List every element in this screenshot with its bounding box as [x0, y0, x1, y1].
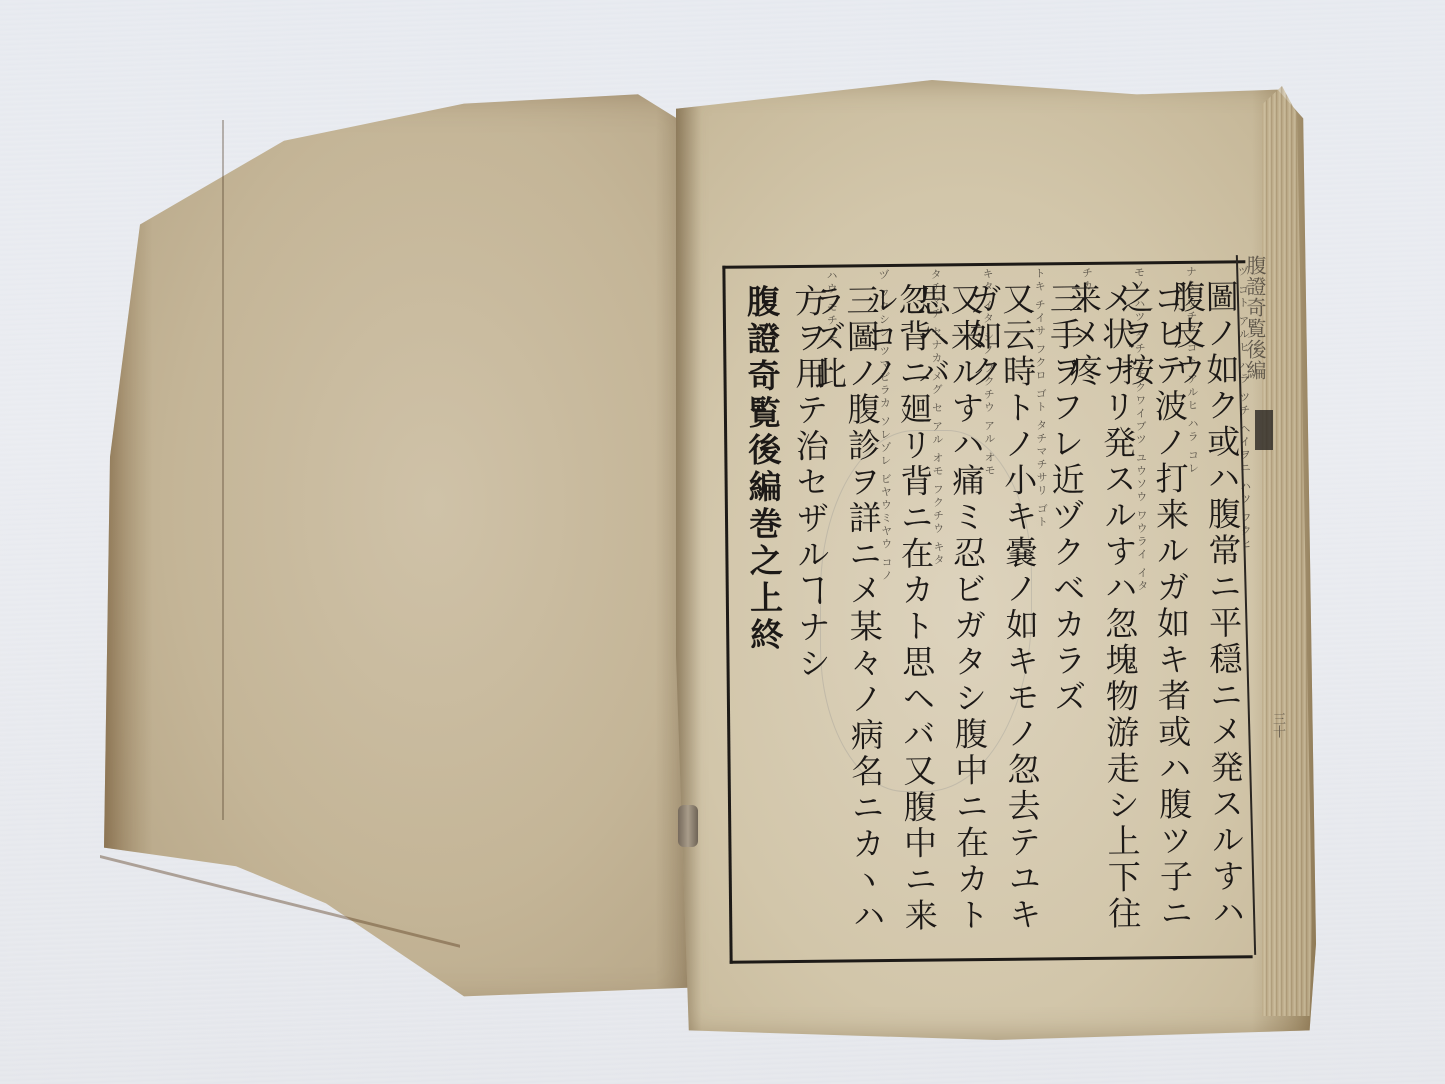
- left-page-fold-line: [222, 120, 224, 820]
- vertical-text-block: 圖ノ如ク或ハ腹常ニ平穏ニメ発スルすハ腹皮ウ ヅ ゴト アルヒ ハラ ツチ ヘイヲ…: [726, 265, 1243, 950]
- volume-end-title: 腹證奇覧後編巻之上終: [726, 270, 784, 964]
- open-book: 腹證奇覧後編 三十 圖ノ如ク或ハ腹常ニ平穏ニメ発スルすハ腹皮ウ ヅ ゴト アルヒ…: [0, 0, 1445, 1084]
- column-text: 腹證奇覧後編巻之上終: [742, 284, 785, 654]
- folio-page-number: 三十: [1268, 712, 1287, 738]
- binding-thread: [678, 805, 698, 847]
- left-page-aging-stain: [104, 85, 704, 1015]
- text-column: 方ヲ用テ治セザルヿナシ ハウ モチ チ: [778, 270, 833, 964]
- gyobi-fishtail-mark: [1255, 410, 1273, 450]
